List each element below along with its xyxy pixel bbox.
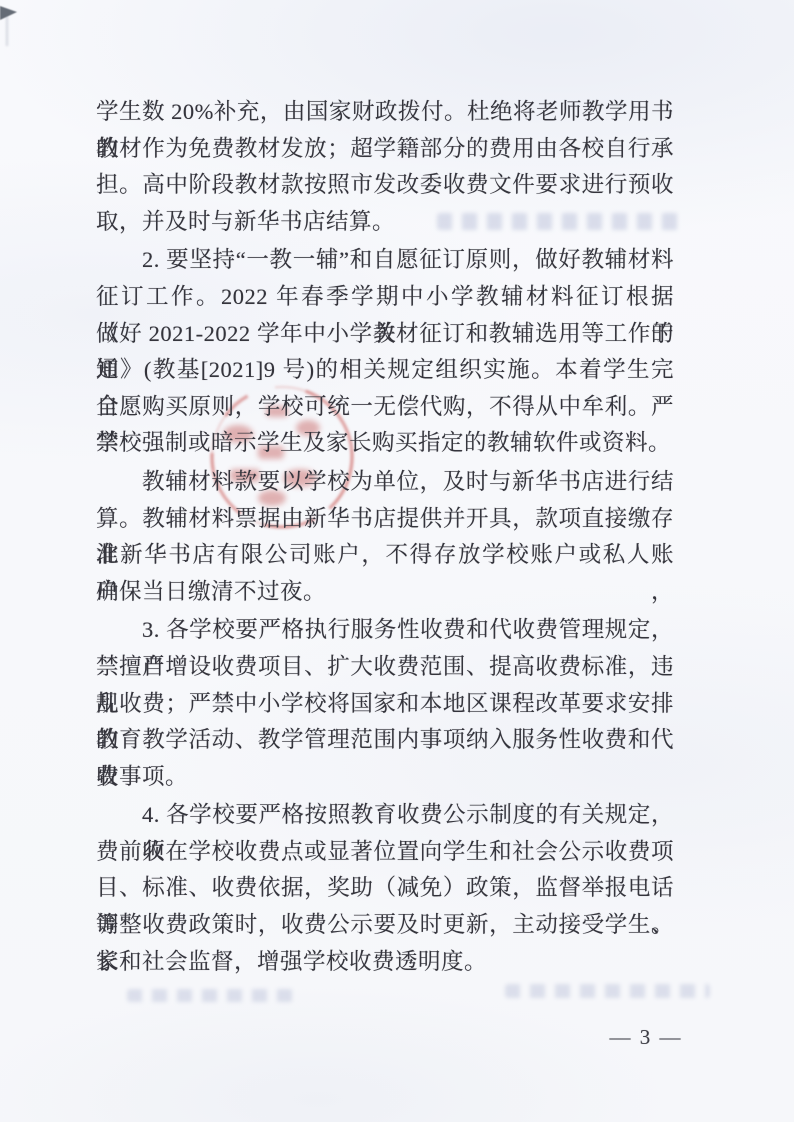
text-line: 费前须在学校收费点或显著位置向学生和社会公示收费项 — [96, 834, 674, 871]
paragraph-2: 2. 要坚持“一教一辅”和自愿征订原则，做好教辅材料 征订工作。2022 年春季… — [96, 242, 674, 462]
text-line: 知》(教基[2021]9 号)的相关规定组织实施。本着学生完全 — [96, 352, 674, 389]
document-body: 学生数 20%补充，由国家财政拨付。杜绝将老师教学用书的 教材作为免费教材发放；… — [96, 94, 674, 980]
paragraph-1: 学生数 20%补充，由国家财政拨付。杜绝将老师教学用书的 教材作为免费教材发放；… — [96, 94, 674, 240]
ink-bleedthrough-bottom-left — [127, 989, 293, 1002]
text-line: 2. 要坚持“一教一辅”和自愿征订原则，做好教辅材料 — [96, 242, 674, 279]
scanned-document-page: { "doc": { "paragraphs": [ { "lines": [ … — [0, 0, 794, 1122]
scan-fold-artifact — [0, 6, 17, 20]
text-line: 目、标准、收费依据，奖助（减免）政策，监督举报电话等。 — [96, 870, 674, 907]
text-line: 学生数 20%补充，由国家财政拨付。杜绝将老师教学用书的 — [96, 94, 674, 131]
paper-background: 学生数 20%补充，由国家财政拨付。杜绝将老师教学用书的 教材作为免费教材发放；… — [0, 0, 794, 1122]
text-line: 自愿购买原则，学校可统一无偿代购，不得从中牟利。严禁 — [96, 389, 674, 426]
text-line: 乱收费；严禁中小学校将国家和本地区课程改革要求安排的 — [96, 686, 674, 723]
paragraph-5: 4. 各学校要严格按照教育收费公示制度的有关规定，收 费前须在学校收费点或显著位… — [96, 797, 674, 980]
paragraph-4: 3. 各学校要严格执行服务性收费和代收费管理规定，严 禁擅自增设收费项目、扩大收… — [96, 612, 674, 795]
paragraph-3: 教辅材料款要以学校为单位，及时与新华书店进行结 算。教辅材料票据由新华书店提供并… — [96, 464, 674, 610]
text-line: 担。高中阶段教材款按照市发改委收费文件要求进行预收 — [96, 167, 674, 204]
page-number: — 3 — — [606, 1025, 686, 1050]
text-line: 教辅材料款要以学校为单位，及时与新华书店进行结 — [96, 464, 674, 501]
text-line: 3. 各学校要严格执行服务性收费和代收费管理规定，严 — [96, 612, 674, 649]
text-line: 禁擅自增设收费项目、扩大收费范围、提高收费标准，违规 — [96, 649, 674, 686]
scan-edge-streak — [6, 16, 8, 46]
ink-bleedthrough-bottom-right — [505, 984, 710, 998]
text-line: 做好 2021-2022 学年中小学教材征订和教辅选用等工作的通 — [96, 316, 674, 353]
text-line: 取，并及时与新华书店结算。 — [96, 204, 674, 241]
text-line: 北新华书店有限公司账户，不得存放学校账户或私人账户， — [96, 537, 674, 574]
text-line: 费事项。 — [96, 759, 674, 796]
text-line: 算。教辅材料票据由新华书店提供并开具，款项直接缴存淮 — [96, 501, 674, 538]
text-line: 长和社会监督，增强学校收费透明度。 — [96, 944, 674, 981]
text-line: 学校强制或暗示学生及家长购买指定的教辅软件或资料。 — [96, 425, 674, 462]
text-line: 教育教学活动、教学管理范围内事项纳入服务性收费和代收 — [96, 722, 674, 759]
text-line: 调整收费政策时，收费公示要及时更新，主动接受学生、家 — [96, 907, 674, 944]
text-line: 教材作为免费教材发放；超学籍部分的费用由各校自行承 — [96, 131, 674, 168]
text-line: 征订工作。2022 年春季学期中小学教辅材料征订根据《关于 — [96, 279, 674, 316]
text-line: 4. 各学校要严格按照教育收费公示制度的有关规定，收 — [96, 797, 674, 834]
